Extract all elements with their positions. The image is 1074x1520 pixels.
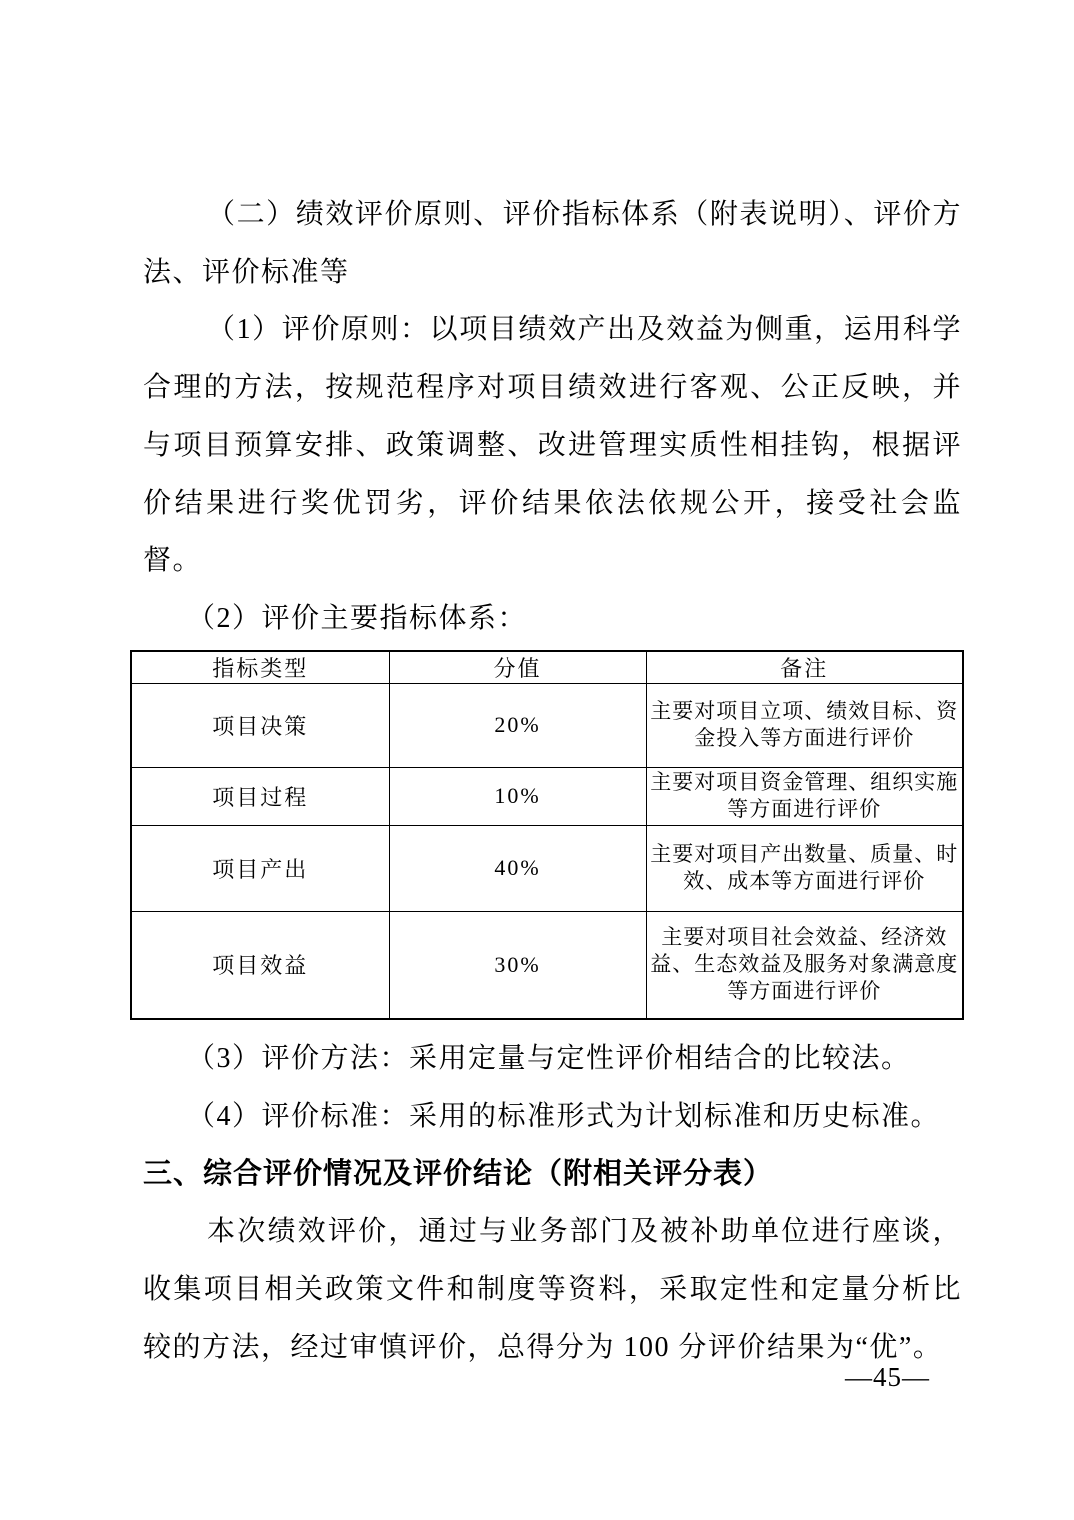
cell-remark: 主要对项目产出数量、质量、时效、成本等方面进行评价: [646, 825, 963, 911]
paragraph-section-2-title: （二）绩效评价原则、评价指标体系（附表说明）、评价方法、评价标准等: [143, 186, 962, 301]
cell-score: 30%: [389, 911, 646, 1019]
cell-score: 40%: [389, 825, 646, 911]
column-header-score: 分值: [389, 651, 646, 684]
indicator-table: 指标类型 分值 备注 项目决策 20% 主要对项目立项、绩效目标、资金投入等方面…: [130, 650, 964, 1021]
cell-indicator-type: 项目产出: [131, 825, 389, 911]
document-page: （二）绩效评价原则、评价指标体系（附表说明）、评价方法、评价标准等 （1）评价原…: [0, 0, 1074, 1520]
paragraph-evaluation-principle: （1）评价原则：以项目绩效产出及效益为侧重，运用科学合理的方法，按规范程序对项目…: [143, 301, 962, 590]
cell-indicator-type: 项目过程: [131, 767, 389, 825]
paragraph-evaluation-conclusion: 本次绩效评价，通过与业务部门及被补助单位进行座谈，收集项目相关政策文件和制度等资…: [143, 1203, 962, 1376]
paragraph-evaluation-method: （3）评价方法：采用定量与定性评价相结合的比较法。: [143, 1030, 962, 1088]
paragraph-evaluation-standard: （4）评价标准：采用的标准形式为计划标准和历史标准。: [143, 1088, 962, 1146]
table-row: 项目效益 30% 主要对项目社会效益、经济效益、生态效益及服务对象满意度等方面进…: [131, 911, 963, 1019]
cell-score: 10%: [389, 767, 646, 825]
section-heading-3: 三、综合评价情况及评价结论（附相关评分表）: [143, 1146, 962, 1204]
table-row: 项目决策 20% 主要对项目立项、绩效目标、资金投入等方面进行评价: [131, 683, 963, 767]
cell-indicator-type: 项目效益: [131, 911, 389, 1019]
cell-remark: 主要对项目立项、绩效目标、资金投入等方面进行评价: [646, 683, 963, 767]
paragraph-indicator-system-intro: （2）评价主要指标体系：: [143, 590, 962, 648]
cell-indicator-type: 项目决策: [131, 683, 389, 767]
page-number: —45—: [845, 1362, 930, 1392]
cell-remark: 主要对项目社会效益、经济效益、生态效益及服务对象满意度等方面进行评价: [646, 911, 963, 1019]
cell-score: 20%: [389, 683, 646, 767]
table-row: 项目过程 10% 主要对项目资金管理、组织实施等方面进行评价: [131, 767, 963, 825]
table-header-row: 指标类型 分值 备注: [131, 651, 963, 684]
column-header-remark: 备注: [646, 651, 963, 684]
column-header-indicator-type: 指标类型: [131, 651, 389, 684]
cell-remark: 主要对项目资金管理、组织实施等方面进行评价: [646, 767, 963, 825]
table-row: 项目产出 40% 主要对项目产出数量、质量、时效、成本等方面进行评价: [131, 825, 963, 911]
document-content: （二）绩效评价原则、评价指标体系（附表说明）、评价方法、评价标准等 （1）评价原…: [143, 186, 962, 1376]
